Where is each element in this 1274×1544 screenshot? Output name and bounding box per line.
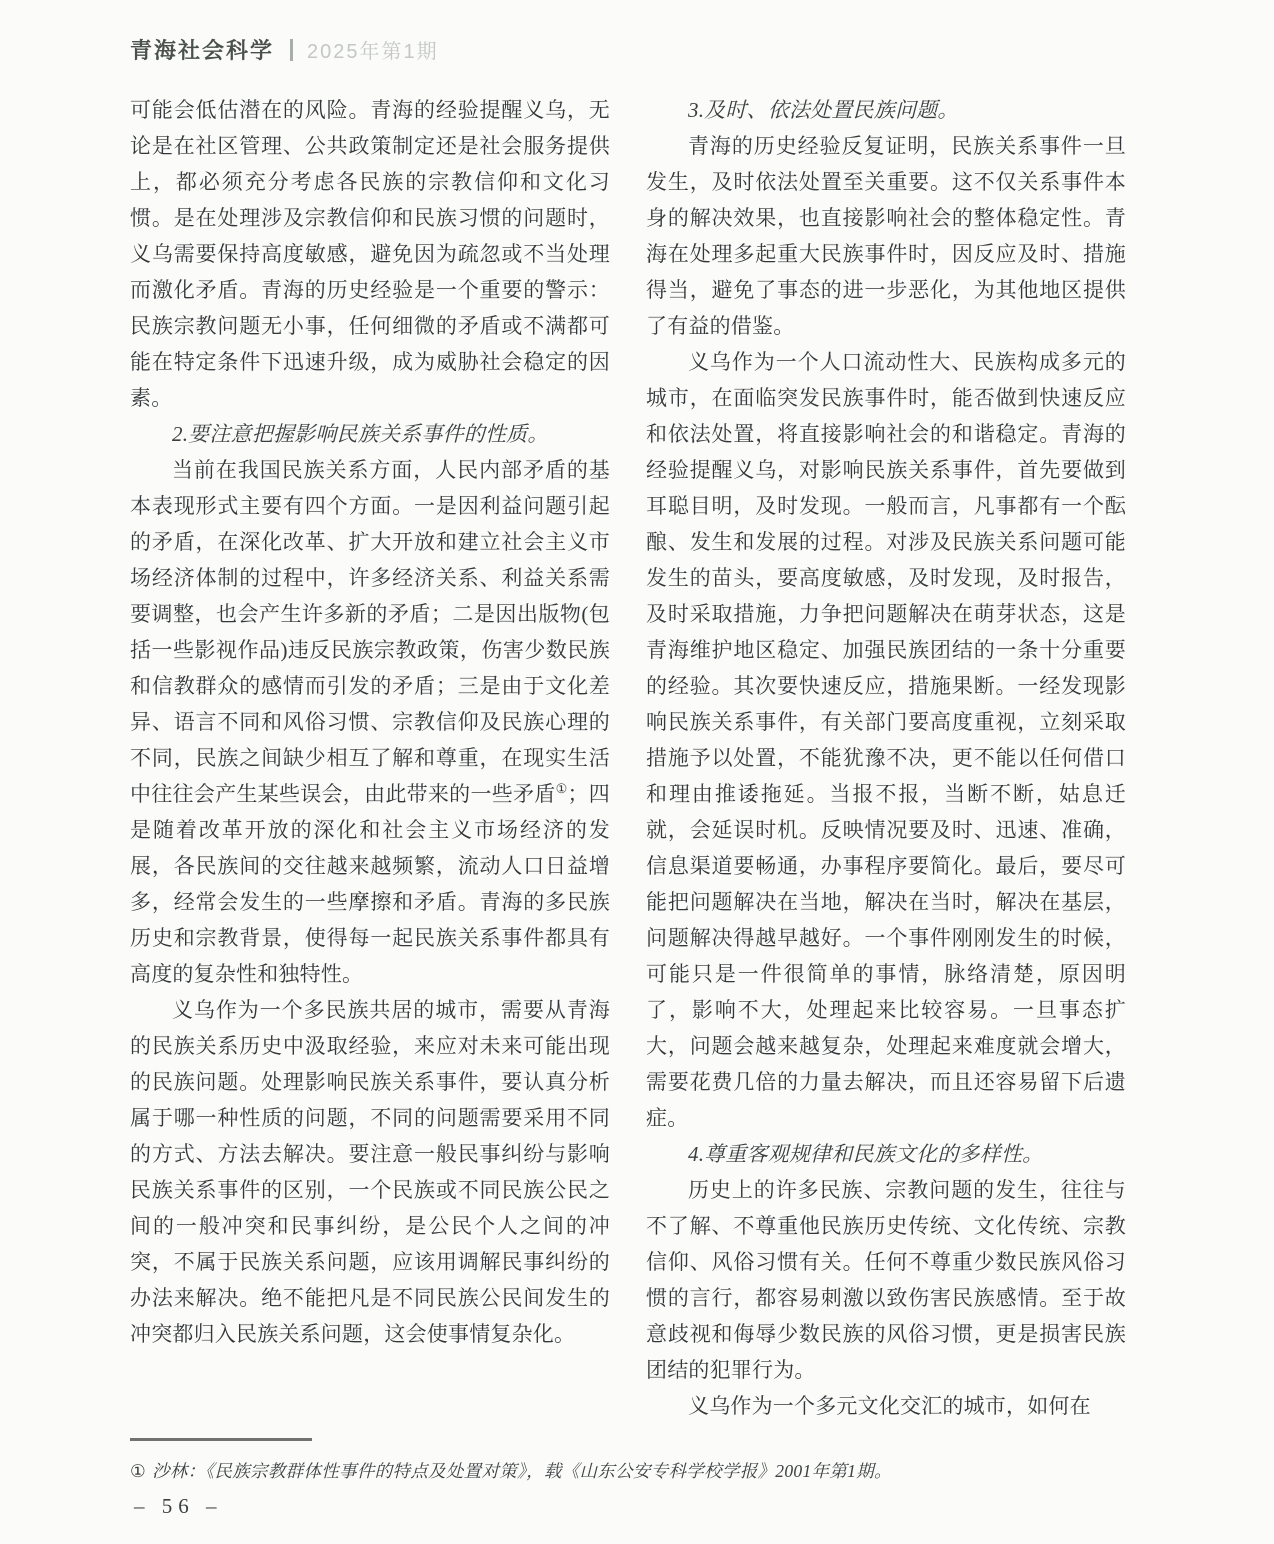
footnote-separator — [130, 1438, 312, 1441]
paragraph: 义乌作为一个多民族共居的城市，需要从青海的民族关系历史中汲取经验，来应对未来可能… — [130, 992, 610, 1352]
left-column: 可能会低估潜在的风险。青海的经验提醒义乌，无论是在社区管理、公共政策制定还是社会… — [130, 92, 610, 1424]
journal-name: 青海社会科学 — [130, 34, 274, 65]
section-heading: 4.尊重客观规律和民族文化的多样性。 — [646, 1136, 1126, 1172]
paragraph: 历史上的许多民族、宗教问题的发生，往往与不了解、不尊重他民族历史传统、文化传统、… — [646, 1172, 1126, 1388]
section-heading: 2.要注意把握影响民族关系事件的性质。 — [130, 416, 610, 452]
journal-header: 青海社会科学 2025年第1期 — [130, 34, 439, 65]
header-divider — [290, 39, 293, 61]
right-column: 3.及时、依法处置民族问题。青海的历史经验反复证明，民族关系事件一旦发生，及时依… — [646, 92, 1126, 1424]
paragraph: 可能会低估潜在的风险。青海的经验提醒义乌，无论是在社区管理、公共政策制定还是社会… — [130, 92, 610, 416]
footnote-marker: ① — [130, 1461, 146, 1481]
paragraph: 当前在我国民族关系方面，人民内部矛盾的基本表现形式主要有四个方面。一是因利益问题… — [130, 452, 610, 992]
paragraph: 义乌作为一个人口流动性大、民族构成多元的城市，在面临突发民族事件时，能否做到快速… — [646, 344, 1126, 1136]
footnote: ①沙林：《民族宗教群体性事件的特点及处置对策》，载《山东公安专科学校学报》200… — [130, 1458, 1140, 1484]
journal-page: 青海社会科学 2025年第1期 可能会低估潜在的风险。青海的经验提醒义乌，无论是… — [0, 0, 1274, 1544]
issue-label: 2025年第1期 — [307, 35, 439, 64]
section-heading: 3.及时、依法处置民族问题。 — [646, 92, 1126, 128]
paragraph: 青海的历史经验反复证明，民族关系事件一旦发生，及时依法处置至关重要。这不仅关系事… — [646, 128, 1126, 344]
footnote-text: 沙林：《民族宗教群体性事件的特点及处置对策》，载《山东公安专科学校学报》2001… — [152, 1461, 892, 1481]
body-columns: 可能会低估潜在的风险。青海的经验提醒义乌，无论是在社区管理、公共政策制定还是社会… — [130, 92, 1126, 1424]
footnote-ref: ① — [556, 781, 568, 796]
paragraph: 义乌作为一个多元文化交汇的城市，如何在 — [646, 1388, 1126, 1424]
page-number: – 56 – — [134, 1494, 223, 1519]
